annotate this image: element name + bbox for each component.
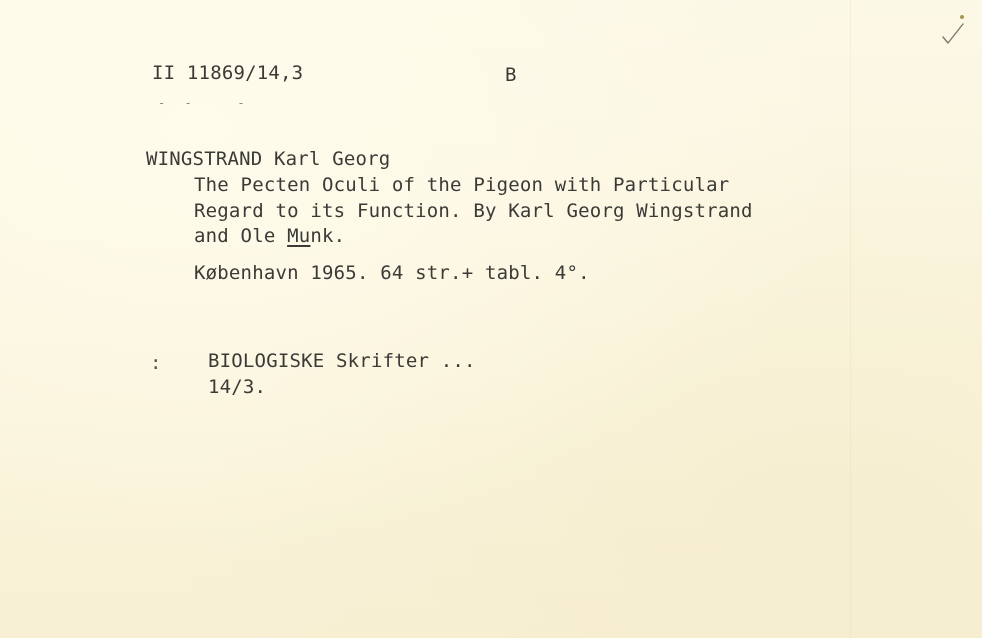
title-line-3-prefix: and Ole — [194, 225, 287, 247]
location-mark: B — [505, 62, 517, 88]
title-line-2: Regard to its Function. By Karl Georg Wi… — [194, 198, 753, 224]
title-line-3-suffix: nk. — [310, 225, 345, 247]
series-marker: : — [150, 350, 162, 376]
author-heading: WINGSTRAND Karl Georg — [146, 146, 390, 172]
stray-marks: - - - — [158, 90, 251, 116]
call-number: II 11869/14,3 — [152, 60, 303, 86]
paper-crease — [850, 0, 851, 638]
checkmark-icon — [941, 18, 967, 48]
catalog-card: II 11869/14,3 B - - - WINGSTRAND Karl Ge… — [0, 0, 982, 638]
underlined-name-part: Mu — [287, 225, 310, 247]
title-line-3: and Ole Munk. — [194, 223, 345, 249]
imprint: København 1965. 64 str.+ tabl. 4°. — [194, 260, 590, 286]
title-line-1: The Pecten Oculi of the Pigeon with Part… — [194, 172, 729, 198]
series-title: BIOLOGISKE Skrifter ... — [208, 348, 476, 374]
series-volume: 14/3. — [208, 374, 266, 400]
